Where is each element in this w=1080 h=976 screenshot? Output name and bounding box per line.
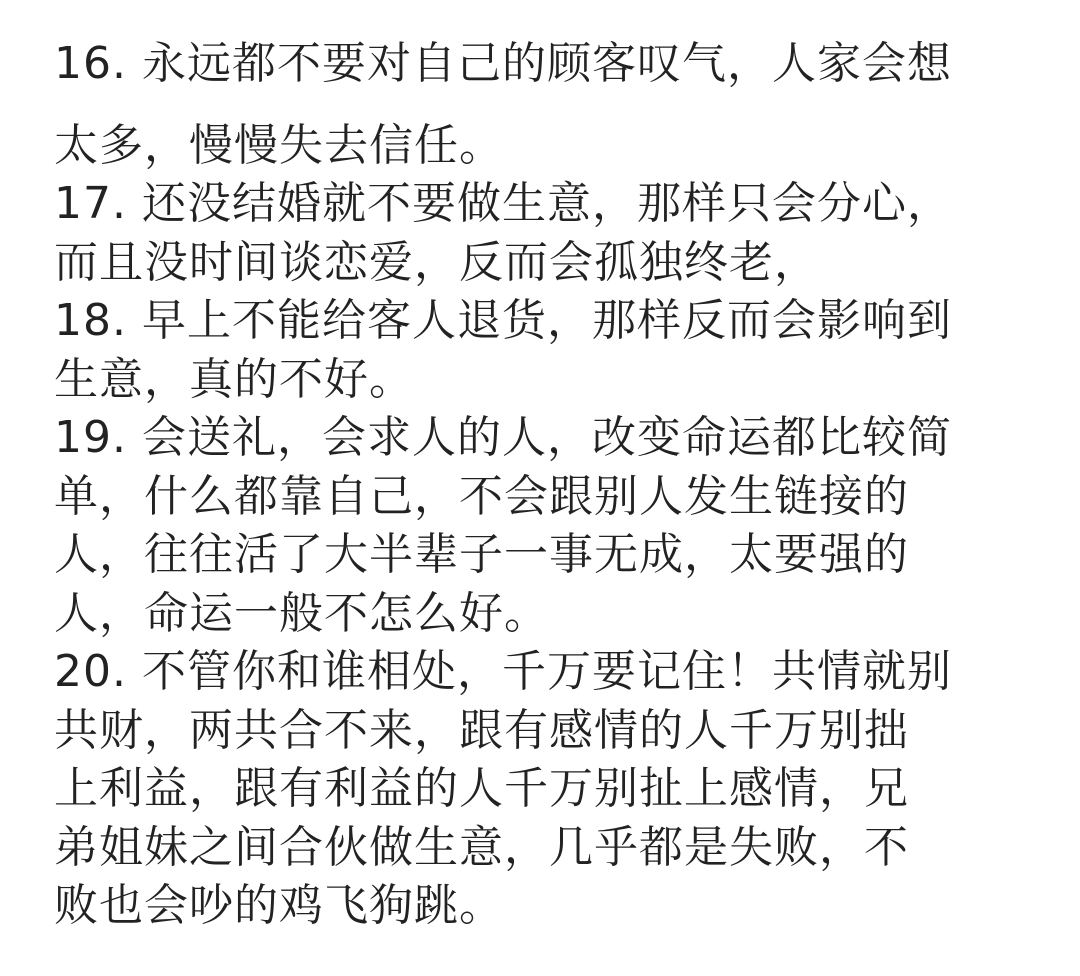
item-19-line-3: 人，往往活了大半辈子一事无成，太要强的: [54, 526, 909, 584]
item-16-line-2: 太多，慢慢失去信任。: [54, 117, 504, 175]
item-17-line-2: 而且没时间谈恋爱，反而会孤独终老，: [54, 234, 819, 292]
item-20-line-2: 共财，两共合不来，跟有感情的人千万别拙: [54, 702, 909, 760]
item-19-line-2: 单，什么都靠自己，不会跟别人发生链接的: [54, 468, 909, 526]
item-20-line-5: 败也会吵的鸡飞狗跳。: [54, 877, 504, 935]
item-20-line-1: 20. 不管你和谁相处，千万要记住！共情就别: [54, 643, 952, 701]
item-16-line-1: 16. 永远都不要对自己的顾客叹气，人家会想: [54, 35, 952, 93]
item-18-line-2: 生意，真的不好。: [54, 351, 414, 409]
item-20-line-4: 弟姐妹之间合伙做生意，几乎都是失败，不: [54, 819, 909, 877]
item-17-line-1: 17. 还没结婚就不要做生意，那样只会分心，: [54, 175, 952, 233]
item-20-line-3: 上利益，跟有利益的人千万别扯上感情，兄: [54, 760, 909, 818]
item-18-line-1: 18. 早上不能给客人退货，那样反而会影响到: [54, 292, 952, 350]
item-19-line-1: 19. 会送礼，会求人的人，改变命运都比较简: [54, 409, 952, 467]
item-19-line-4: 人，命运一般不怎么好。: [54, 585, 549, 643]
